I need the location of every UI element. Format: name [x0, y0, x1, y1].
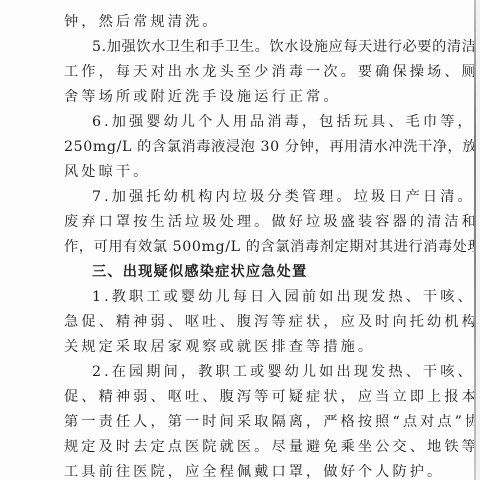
document-page: 钟，然后常规清洗。 5.加强饮水卫生和手卫生。饮水设施应每天进行必要的清洁 工作…	[0, 0, 480, 480]
text-line: 规定及时去定点医院就医。尽量避免乘坐公交、地铁等公共交通	[64, 437, 420, 457]
text-line: 舍等场所或附近洗手设施运行正常。	[64, 87, 420, 107]
text-line: 2.在园期间，教职工或婴幼儿如出现发热、干咳、乏力、呼吸急	[92, 362, 420, 382]
text-line: 废弃口罩按生活垃圾处理。做好垃圾盛装容器的清洁和消毒工	[64, 212, 420, 232]
text-line: 1.教职工或婴幼儿每日入园前如出现发热、干咳、乏力、呼吸	[92, 287, 420, 307]
text-line: 工作，每天对出水龙头至少消毒一次。要确保操场、厕所、食堂、宿	[64, 62, 420, 82]
section-heading: 三、出现疑似感染症状应急处置	[92, 262, 420, 282]
text-line: 250mg/L 的含氯消毒液浸泡 30 分钟，再用清水冲洗干净，放在通	[64, 137, 420, 157]
text-line: 第一责任人，第一时间采取隔离，严格按照“点对点”协作机制有关	[64, 412, 420, 432]
text-line: 5.加强饮水卫生和手卫生。饮水设施应每天进行必要的清洁	[92, 37, 420, 57]
text-line: 7.加强托幼机构内垃圾分类管理。垃圾日产日清。日常使用	[92, 187, 420, 207]
text-line: 关规定采取居家观察或就医排查等措施。	[64, 337, 420, 357]
text-line: 急促、精神弱、呕吐、腹泻等症状，应及时向托幼机构报告，并按有	[64, 312, 420, 332]
page-margin	[476, 0, 480, 480]
text-line: 6.加强婴幼儿个人用品消毒，包括玩具、毛巾等，用有效氯	[92, 112, 420, 132]
text-line: 作，可用有效氯 500mg/L 的含氯消毒剂定期对其进行消毒处理。	[64, 237, 420, 257]
text-line: 促、精神弱、呕吐、腹泻等可疑症状，应当立即上报本单位疫情防控	[64, 387, 420, 407]
text-line: 工具前往医院，应全程佩戴口罩，做好个人防护。	[64, 462, 420, 480]
text-line: 钟，然后常规清洗。	[64, 12, 420, 32]
text-line: 风处晾干。	[64, 162, 420, 182]
